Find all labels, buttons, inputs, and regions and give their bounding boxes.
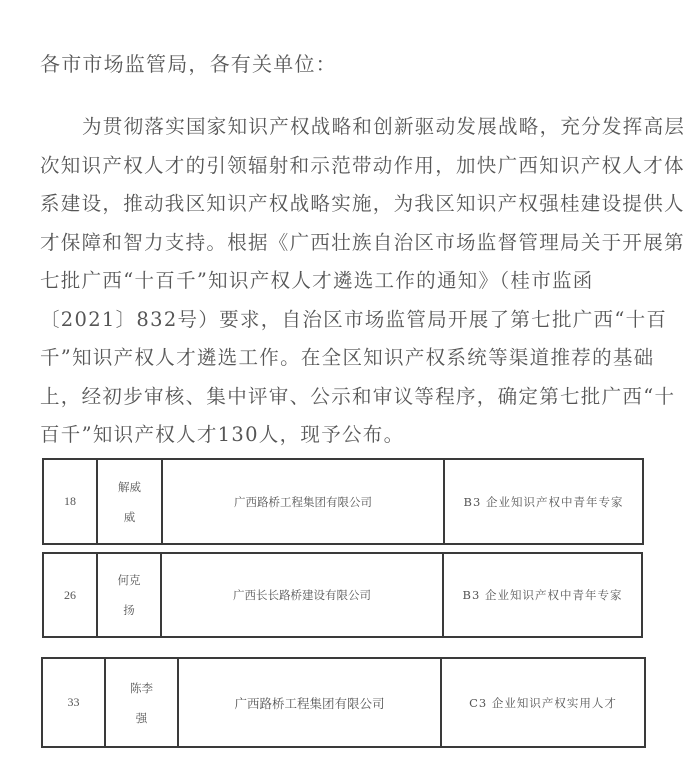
paragraph-line: 为贯彻落实国家知识产权战略和创新驱动发展战略，充分发挥高层	[40, 108, 652, 147]
person-name-line2: 威	[98, 502, 161, 532]
talent-category: C3 企业知识产权实用人才	[441, 658, 645, 747]
paragraph-line: 上，经初步审核、集中评审、公示和审议等程序，确定第七批广西“十	[40, 378, 652, 417]
paragraph-line: 系建设，推动我区知识产权战略实施，为我区知识产权强桂建设提供人	[40, 185, 652, 224]
paragraph-line: 千”知识产权人才遴选工作。在全区知识产权系统等渠道推荐的基础	[40, 339, 652, 378]
company-name: 广西长长路桥建设有限公司	[161, 553, 443, 637]
row-number: 26	[43, 553, 97, 637]
paragraph-line: 〔2021〕832号）要求，自治区市场监管局开展了第七批广西“十百	[40, 301, 652, 340]
company-name: 广西路桥工程集团有限公司	[178, 658, 441, 747]
person-name-line1: 陈李	[106, 673, 177, 703]
person-name: 陈李 强	[105, 658, 178, 747]
paragraph-line: 次知识产权人才的引领辐射和示范带动作用，加快广西知识产权人才体	[40, 147, 652, 186]
talent-table-fragment-1: 18 解威 威 广西路桥工程集团有限公司 B3 企业知识产权中青年专家	[42, 458, 644, 545]
paragraph-line: 七批广西“十百千”知识产权人才遴选工作的通知》（桂市监函	[40, 262, 652, 301]
person-name-line1: 解威	[98, 472, 161, 502]
talent-category: B3 企业知识产权中青年专家	[443, 553, 642, 637]
person-name-line2: 强	[106, 703, 177, 733]
person-name: 何克 扬	[97, 553, 161, 637]
table-row: 33 陈李 强 广西路桥工程集团有限公司 C3 企业知识产权实用人才	[42, 658, 645, 747]
talent-table-fragment-3: 33 陈李 强 广西路桥工程集团有限公司 C3 企业知识产权实用人才	[41, 657, 646, 748]
person-name: 解威 威	[97, 459, 162, 544]
person-name-line1: 何克	[98, 565, 160, 595]
announcement-paragraph: 为贯彻落实国家知识产权战略和创新驱动发展战略，充分发挥高层 次知识产权人才的引领…	[40, 108, 652, 455]
person-name-line2: 扬	[98, 595, 160, 625]
talent-category: B3 企业知识产权中青年专家	[444, 459, 643, 544]
table-row: 26 何克 扬 广西长长路桥建设有限公司 B3 企业知识产权中青年专家	[43, 553, 642, 637]
company-name: 广西路桥工程集团有限公司	[162, 459, 444, 544]
salutation: 各市市场监管局，各有关单位：	[40, 48, 337, 77]
paragraph-line: 百千”知识产权人才130人，现予公布。	[40, 416, 652, 455]
paragraph-line: 才保障和智力支持。根据《广西壮族自治区市场监督管理局关于开展第	[40, 224, 652, 263]
row-number: 18	[43, 459, 97, 544]
table-row: 18 解威 威 广西路桥工程集团有限公司 B3 企业知识产权中青年专家	[43, 459, 643, 544]
row-number: 33	[42, 658, 105, 747]
talent-table-fragment-2: 26 何克 扬 广西长长路桥建设有限公司 B3 企业知识产权中青年专家	[42, 552, 643, 638]
